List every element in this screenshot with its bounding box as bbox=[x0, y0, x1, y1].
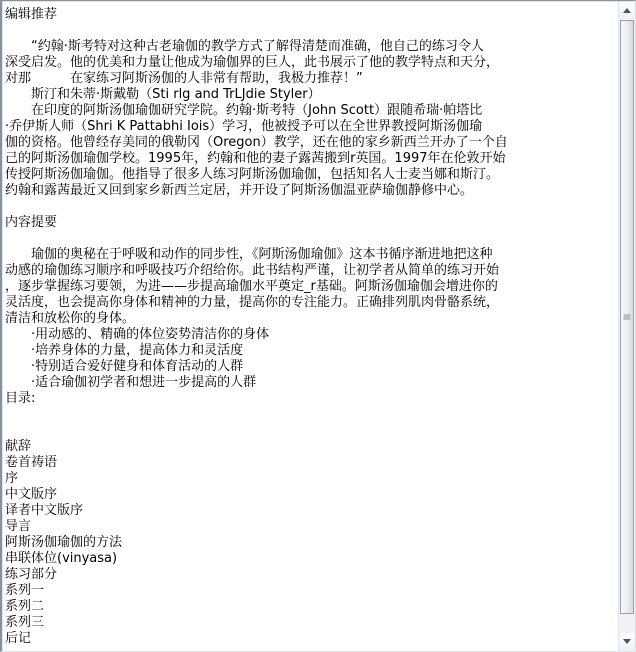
text-line: 后记 bbox=[5, 631, 615, 647]
text-line: 瑜伽的奥秘在于呼吸和动作的同步性，《阿斯汤伽瑜伽》这本书循序渐进地把这种 bbox=[5, 247, 615, 263]
text-line: 内容提要 bbox=[5, 215, 615, 231]
text-line: 编辑推荐 bbox=[5, 7, 615, 23]
text-line: ·用动感的、精确的体位姿势清洁你的身体 bbox=[5, 327, 615, 343]
text-line: 对那 在家练习阿斯汤伽的人非常有帮助，我极力推荐！” bbox=[5, 71, 615, 87]
book-description-text: 编辑推荐 “约翰·斯考特对这种古老瑜伽的教学方式了解得清楚而准确，他自己的练习令… bbox=[3, 2, 617, 650]
text-pane: 编辑推荐 “约翰·斯考特对这种古老瑜伽的教学方式了解得清楚而准确，他自己的练习令… bbox=[0, 0, 636, 652]
text-line: 序 bbox=[5, 471, 615, 487]
text-line: 系列一 bbox=[5, 583, 615, 599]
text-line: 伽的资格。他曾经存美同的俄勒冈（Oregon）教学，还在他的家乡新西兰开办了一个… bbox=[5, 135, 615, 151]
text-line: 练习部分 bbox=[5, 567, 615, 583]
text-line: ·适合瑜伽初学者和想进一步提高的人群 bbox=[5, 375, 615, 391]
text-line: 导言 bbox=[5, 519, 615, 535]
text-line: 中文版序 bbox=[5, 487, 615, 503]
text-line: 斯汀和朱蒂·斯戴勒（Sti rlg and TrLJdie Styler） bbox=[5, 87, 615, 103]
scrollbar-gripper-icon bbox=[624, 315, 631, 320]
text-line: 译者中文版序 bbox=[5, 503, 615, 519]
text-line: ·培养身体的力量，提高体力和灵活度 bbox=[5, 343, 615, 359]
vertical-scrollbar[interactable] bbox=[618, 2, 635, 651]
text-line: 串联体位(vinyasa) bbox=[5, 551, 615, 567]
text-line: 深受启发。他的优美和力量让他成为瑜伽界的巨人，此书展示了他的教学特点和天分， bbox=[5, 55, 615, 71]
text-line: 系列三 bbox=[5, 615, 615, 631]
text-line: 目录: bbox=[5, 391, 615, 407]
scroll-up-icon bbox=[623, 8, 631, 13]
text-line: 卷首祷语 bbox=[5, 455, 615, 471]
text-line: 阿斯汤伽瑜伽的方法 bbox=[5, 535, 615, 551]
text-line: ·特别适合爱好健身和体育活动的人群 bbox=[5, 359, 615, 375]
text-line: 清洁和放松你的身体。 bbox=[5, 311, 615, 327]
text-line: “约翰·斯考特对这种古老瑜伽的教学方式了解得清楚而准确，他自己的练习令人 bbox=[5, 39, 615, 55]
text-line bbox=[5, 423, 615, 439]
text-line: 献辞 bbox=[5, 439, 615, 455]
text-line: 己的阿斯汤伽瑜伽学校。1995年，约翰和他的妻子露茜搬到r英国。1997年在伦敦… bbox=[5, 151, 615, 167]
text-line bbox=[5, 23, 615, 39]
scroll-down-icon bbox=[623, 639, 631, 644]
text-line bbox=[5, 199, 615, 215]
text-line: 系列二 bbox=[5, 599, 615, 615]
text-line bbox=[5, 231, 615, 247]
scroll-up-button[interactable] bbox=[620, 2, 634, 19]
text-line: 约翰和露茜最近又回到家乡新西兰定居，并开设了阿斯汤伽温亚萨瑜伽静修中心。 bbox=[5, 183, 615, 199]
text-line: 在印度的阿斯汤伽瑜伽研究学院。约翰·斯考特（John Scott）跟随希瑞·帕塔… bbox=[5, 103, 615, 119]
text-line: 动感的瑜伽练习顺序和呼吸技巧介绍给你。此书结构严谨，让初学者从简单的练习开始 bbox=[5, 263, 615, 279]
text-line: ，逐步掌握练习要领，为进——步提高瑜伽水平奠定_r基础。阿斯汤伽瑜伽会增进你的 bbox=[5, 279, 615, 295]
text-line: 传授阿斯汤伽瑜伽。他指导了很多人练习阿斯汤伽瑜伽，包括知名人士麦当娜和斯汀。 bbox=[5, 167, 615, 183]
text-line: ·乔伊斯人师（Shri K Pattabhi Iois）学习，他被授予可以在全世… bbox=[5, 119, 615, 135]
text-line: 灵活度，也会提高你身体和精神的力量，提高你的专注能力。正确排列肌肉骨骼系统， bbox=[5, 295, 615, 311]
scroll-down-button[interactable] bbox=[620, 633, 634, 650]
text-line bbox=[5, 407, 615, 423]
scrollbar-thumb[interactable] bbox=[620, 20, 634, 614]
